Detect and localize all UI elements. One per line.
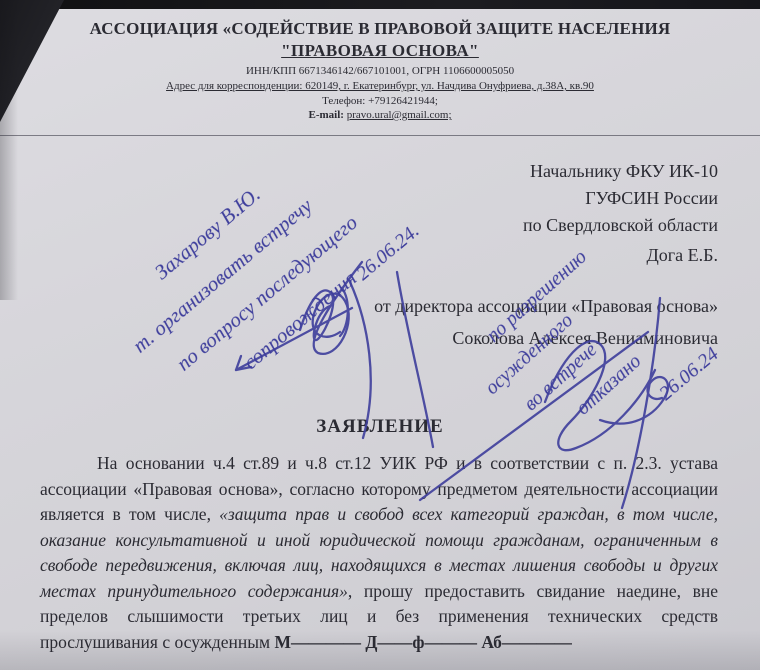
addressee-line: Начальнику ФКУ ИК-10 bbox=[374, 158, 718, 185]
email-value: pravo.ural@gmail.com; bbox=[347, 109, 452, 121]
org-email-line: E-mail: pravo.ural@gmail.com; bbox=[0, 109, 760, 121]
org-address-line: Адрес для корреспонденции: 620149, г. Ек… bbox=[0, 80, 760, 92]
phone-value: +79126421944; bbox=[368, 95, 438, 107]
phone-label: Телефон: bbox=[322, 95, 365, 107]
addressee-line: по Свердловской области bbox=[374, 212, 718, 239]
org-name-line2: "ПРАВОВАЯ ОСНОВА" bbox=[0, 41, 760, 61]
header-divider bbox=[0, 135, 760, 136]
body-paragraph: На основании ч.4 ст.89 и ч.8 ст.12 УИК Р… bbox=[40, 451, 718, 655]
photo-background-top-edge bbox=[0, 0, 760, 9]
document-photo: АССОЦИАЦИЯ «СОДЕЙСТВИЕ В ПРАВОВОЙ ЗАЩИТЕ… bbox=[0, 0, 760, 670]
addressee-line: ГУФСИН России bbox=[374, 185, 718, 212]
org-phone-line: Телефон: +79126421944; bbox=[0, 95, 760, 107]
document-title: ЗАЯВЛЕНИЕ bbox=[0, 416, 760, 438]
convict-name-cutoff: М―――― Д――ф――― Аб―――― bbox=[274, 632, 571, 652]
org-name-line1: АССОЦИАЦИЯ «СОДЕЙСТВИЕ В ПРАВОВОЙ ЗАЩИТЕ… bbox=[0, 19, 760, 39]
email-label: E-mail: bbox=[308, 109, 343, 121]
org-registration-line: ИНН/КПП 6671346142/667101001, ОГРН 11066… bbox=[0, 65, 760, 77]
